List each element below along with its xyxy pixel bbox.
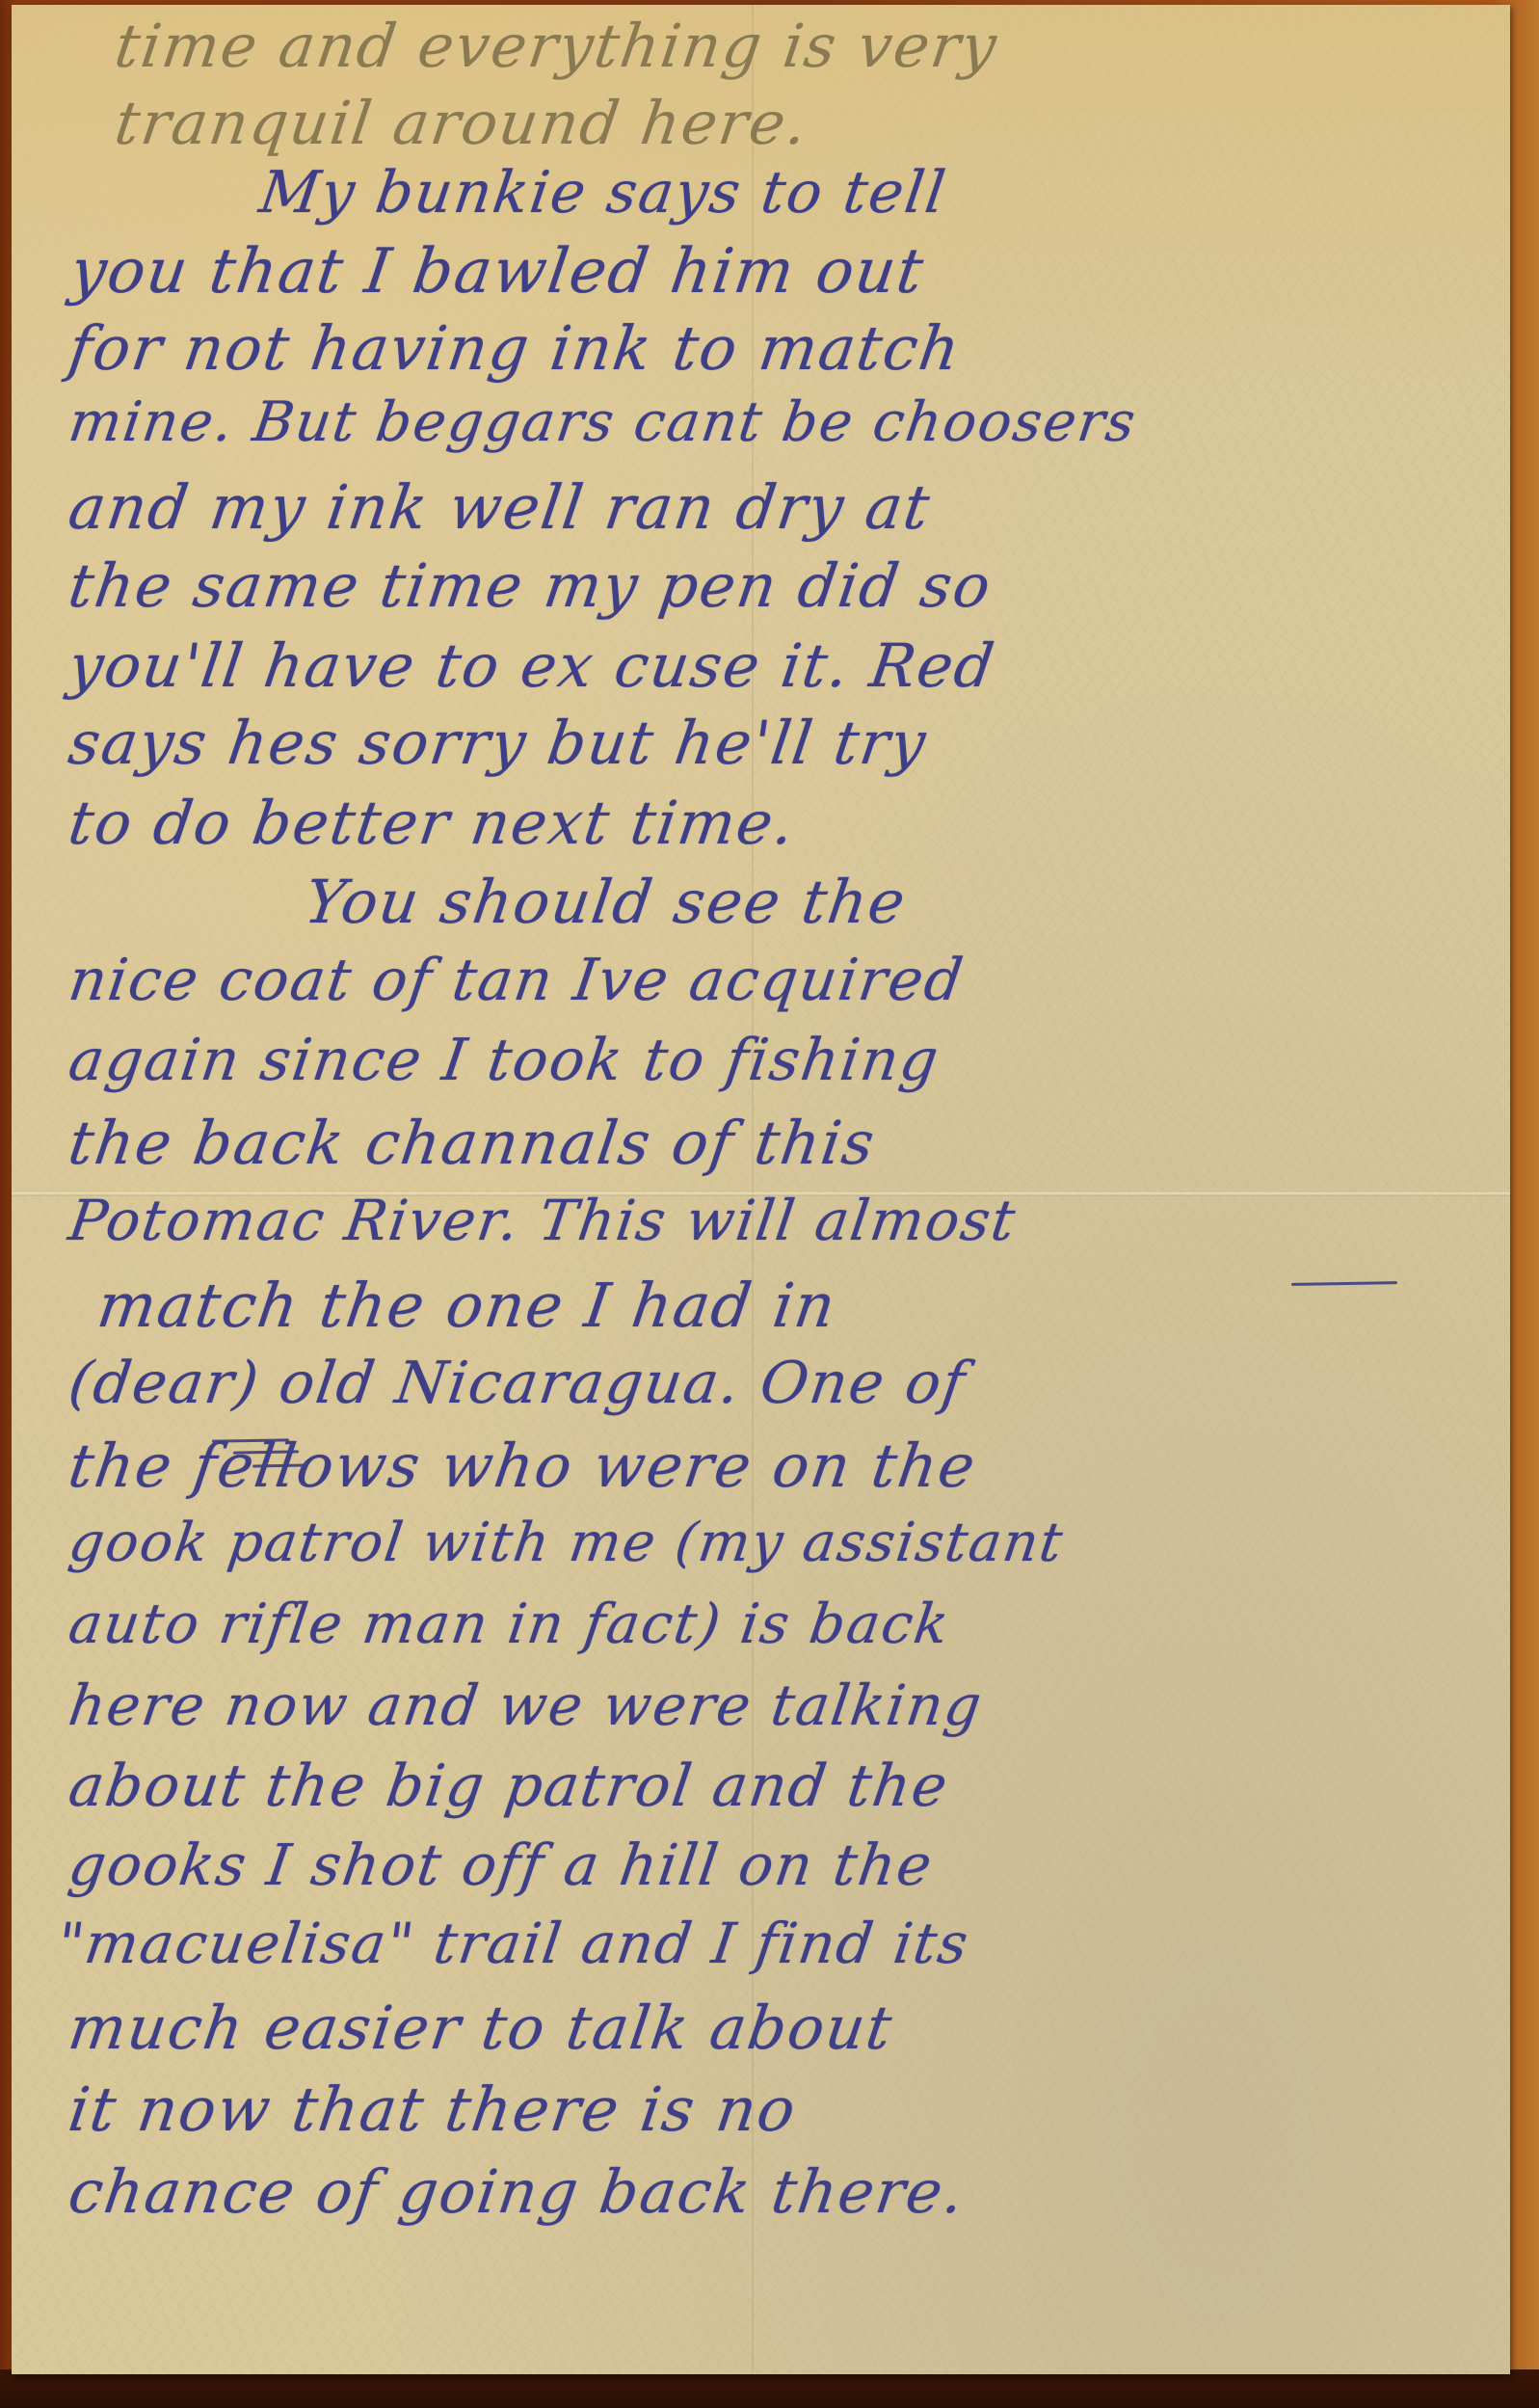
handwritten-line: gooks I shot off a hill on the [66, 1836, 937, 1893]
handwritten-line: time and everything is very [112, 16, 1002, 76]
handwritten-line: match the one I had in [94, 1275, 840, 1336]
handwritten-line: and my ink well ran dry at [66, 477, 935, 538]
handwritten-line: says hes sorry but he'll try [66, 713, 931, 773]
handwritten-line: auto rifle man in fact) is back [66, 1597, 953, 1652]
handwritten-line: mine. But beggars cant be choosers [66, 395, 1140, 450]
handwritten-line: here now and we were talking [66, 1677, 987, 1733]
handwritten-line: (dear) old Nicaragua. One of [66, 1354, 970, 1412]
letter-page: time and everything is very tranquil aro… [12, 5, 1510, 2374]
handwritten-line: gook patrol with me (my assistant [66, 1516, 1067, 1570]
handwritten-line: Potomac River. This will almost [66, 1192, 1021, 1248]
handwritten-line: tranquil around here. [112, 94, 812, 153]
underline-almost [1291, 1281, 1397, 1286]
handwritten-line: You should see the [302, 872, 911, 932]
handwritten-line: you'll have to ex cuse it. Red [66, 636, 999, 696]
handwritten-line: to do better next time. [66, 793, 800, 853]
handwritten-line: the fellows who were on the [66, 1436, 981, 1496]
handwritten-line: the back channals of this [66, 1113, 880, 1173]
handwritten-line: nice coat of tan Ive acquired [66, 951, 969, 1009]
handwritten-line: chance of going back there. [66, 2162, 969, 2222]
handwritten-line: again since I took to fishing [66, 1031, 943, 1089]
handwritten-line: My bunkie says to tell [256, 164, 950, 222]
handwritten-line: for not having ink to match [66, 318, 966, 379]
handwritten-line: about the big patrol and the [66, 1757, 952, 1815]
handwritten-line: "macuelisa" trail and I find its [54, 1915, 973, 1971]
handwritten-line: you that I bawled him out [67, 241, 929, 303]
wood-surface [0, 2369, 1539, 2408]
handwritten-line: the same time my pen did so [66, 556, 995, 616]
handwritten-line: it now that there is no [66, 2079, 801, 2140]
handwritten-line: much easier to talk about [66, 1998, 897, 2058]
